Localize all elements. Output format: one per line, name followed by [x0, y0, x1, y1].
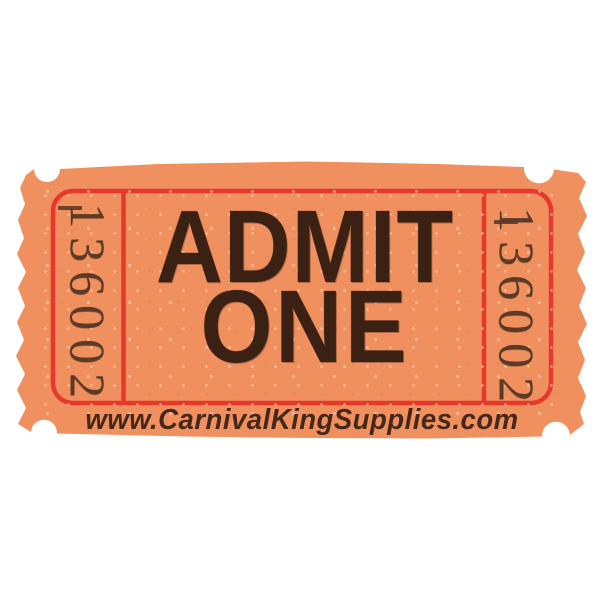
serial-stamp-mark-left: [58, 206, 82, 210]
serial-number-left-stub: 136002: [63, 203, 113, 407]
website-url: www.CarnivalKingSupplies.com: [65, 402, 538, 438]
admit-one-ticket: 136002 136002 ADMIT ONE www.CarnivalKing…: [8, 160, 592, 444]
serial-number-right-stub: 136002: [492, 207, 542, 411]
serial-stamp-mark-right: [494, 220, 518, 224]
admit-one-text: ADMIT ONE: [145, 207, 465, 367]
product-photo-background: 136002 136002 ADMIT ONE www.CarnivalKing…: [0, 0, 600, 600]
